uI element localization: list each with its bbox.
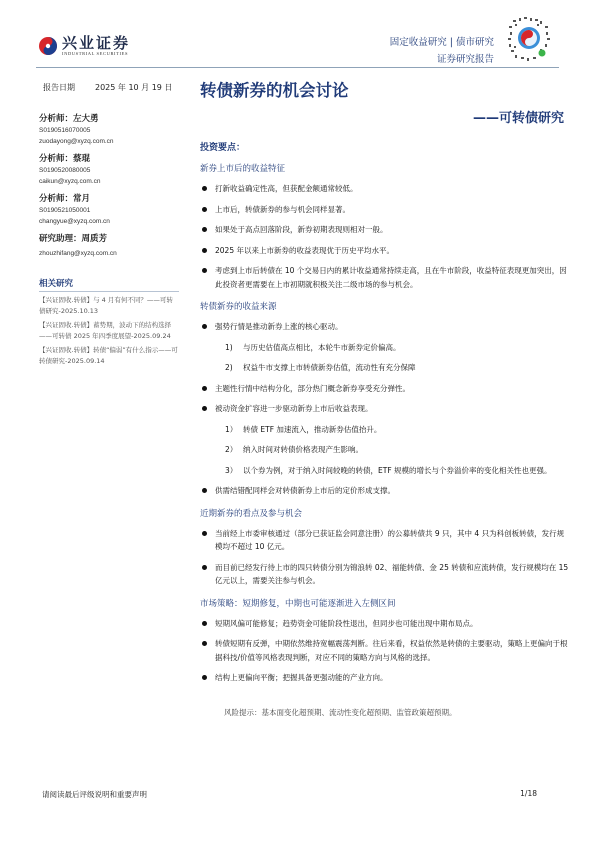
numbered-item: 1）转债 ETF 加速流入，推动新券估值抬升。 <box>225 423 570 437</box>
bullet-icon <box>202 324 207 329</box>
bullet-text: 被动资金扩容进一步驱动新券上市后收益表现。 <box>215 402 570 416</box>
bullet-item: 转债短期有反弹，中期依然维持宽幅震荡判断。往后来看，权益依然是转债的主要驱动，策… <box>200 637 570 664</box>
item-number: 2) <box>225 361 243 375</box>
footer-disclaimer: 请阅读最后评级说明和重要声明 <box>42 789 147 800</box>
bullet-text: 转债短期有反弹，中期依然维持宽幅震荡判断。往后来看，权益依然是转债的主要驱动，策… <box>215 637 570 664</box>
bullet-icon <box>202 531 207 536</box>
bullet-item: 结构上更偏向平衡；把握具备更强动能的产业方向。 <box>200 671 570 685</box>
bullet-icon <box>202 386 207 391</box>
bullet-icon <box>202 227 207 232</box>
section-heading: 市场策略：短期修复，中期也可能逐渐进入左侧区间 <box>200 598 570 610</box>
related-research-link[interactable]: 【兴证固收.转债】转债“偏弱”有什么指示——可转债研究-2025.09.14 <box>39 345 179 367</box>
sidebar: 报告日期 2025 年 10 月 19 日 分析师：左大勇 S019051607… <box>39 82 179 367</box>
report-title: 转债新券的机会讨论 <box>200 80 570 102</box>
bullet-text: 结构上更偏向平衡；把握具备更强动能的产业方向。 <box>215 671 570 685</box>
assistant-email[interactable]: zhouzhifang@xyzq.com.cn <box>39 248 179 259</box>
bullet-item: 如果处于高点回落阶段，新券初期表现则相对一般。 <box>200 223 570 237</box>
bullet-icon <box>202 641 207 646</box>
bullet-icon <box>202 248 207 253</box>
item-text: 纳入时间对转债价格表现产生影响。 <box>243 443 570 457</box>
analyst-name: 分析师：常月 <box>39 193 179 205</box>
bullet-text: 考虑到上市后转债在 10 个交易日内的累计收益通常持续走高，且在牛市阶段，收益特… <box>215 264 570 291</box>
related-research-title: 相关研究 <box>39 277 179 292</box>
report-type-text: 证券研究报告 <box>390 51 494 68</box>
bullet-item: 上市后，转债新券的参与机会同样显著。 <box>200 203 570 217</box>
bullet-text: 打新收益确定性高，但获配金额通常较低。 <box>215 182 570 196</box>
bullet-item: 短期风偏可能修复；趋势资金可能阶段性退出，但同步也可能出现中期布局点。 <box>200 617 570 631</box>
item-text: 以个券为例，对于纳入时间较晚的转债，ETF 规模的增长与个券溢价率的变化相关性也… <box>243 464 570 478</box>
key-points-heading: 投资要点： <box>200 140 570 153</box>
numbered-item: 1)与历史估值高点相比，本轮牛市新券定价偏高。 <box>225 341 570 355</box>
bullet-icon <box>202 186 207 191</box>
analyst-name: 分析师：蔡琨 <box>39 153 179 165</box>
bullet-icon <box>202 565 207 570</box>
item-number: 1) <box>225 341 243 355</box>
related-research-link[interactable]: 【兴证固收.转债】蓄势期，波动下的结构选择——可转债 2025 年四季度展望-2… <box>39 320 179 342</box>
bullet-text: 2025 年以来上市新券的收益表现优于历史平均水平。 <box>215 244 570 258</box>
item-number: 3） <box>225 464 243 478</box>
related-research-link[interactable]: 【兴证固收.转债】与 4 月有何不同？——可转债研究-2025.10.13 <box>39 295 179 317</box>
risk-warning: 风险提示：基本面变化超预期、流动性变化超预期、监管政策超预期。 <box>224 707 570 718</box>
bullet-item: 2025 年以来上市新券的收益表现优于历史平均水平。 <box>200 244 570 258</box>
analyst-block: 分析师：左大勇 S0190516070005 zuodayong@xyzq.co… <box>39 113 179 147</box>
bullet-icon <box>202 675 207 680</box>
page-header: 兴业证券 INDUSTRIAL SECURITIES 固定收益研究 | 债市研究… <box>36 0 559 68</box>
analyst-block: 分析师：蔡琨 S0190520080005 caikun@xyzq.com.cn <box>39 153 179 187</box>
analyst-name: 分析师：左大勇 <box>39 113 179 125</box>
bullet-item: 主题性行情中结构分化，部分热门概念新券享受充分弹性。 <box>200 382 570 396</box>
bullet-item: 而目前已经发行待上市的四只转债分别为锦浪转 02、福能转债、金 25 转债和应流… <box>200 561 570 588</box>
bullet-icon <box>202 621 207 626</box>
bullet-text: 当前经上市委审核通过（部分已获证监会同意注册）的公募转债共 9 只，其中 4 只… <box>215 527 570 554</box>
analyst-email[interactable]: zuodayong@xyzq.com.cn <box>39 136 179 147</box>
assistant-block: 研究助理：周质芳 zhouzhifang@xyzq.com.cn <box>39 233 179 259</box>
bullet-item: 强势行情是推动新券上涨的核心驱动。 <box>200 320 570 334</box>
analyst-id: S0190521050001 <box>39 205 179 216</box>
qr-code-icon <box>507 16 551 62</box>
numbered-item: 3）以个券为例，对于纳入时间较晚的转债，ETF 规模的增长与个券溢价率的变化相关… <box>225 464 570 478</box>
report-date-value: 2025 年 10 月 19 日 <box>95 82 172 93</box>
bullet-icon <box>202 488 207 493</box>
bullet-text: 供需结错配同样会对转债新券上市后的定价形成支撑。 <box>215 484 570 498</box>
bullet-text: 强势行情是推动新券上涨的核心驱动。 <box>215 320 570 334</box>
analyst-id: S0190520080005 <box>39 165 179 176</box>
section-heading: 新券上市后的收益特征 <box>200 163 570 175</box>
bullet-item: 考虑到上市后转债在 10 个交易日内的累计收益通常持续走高，且在牛市阶段，收益特… <box>200 264 570 291</box>
report-subtitle: ——可转债研究 <box>200 107 570 126</box>
logo-en-text: INDUSTRIAL SECURITIES <box>62 51 130 57</box>
numbered-item: 2)权益牛市支撑上市转债新券估值，流动性有充分保障 <box>225 361 570 375</box>
bullet-text: 上市后，转债新券的参与机会同样显著。 <box>215 203 570 217</box>
bullet-item: 打新收益确定性高，但获配金额通常较低。 <box>200 182 570 196</box>
bullet-icon <box>202 406 207 411</box>
bullet-text: 主题性行情中结构分化，部分热门概念新券享受充分弹性。 <box>215 382 570 396</box>
logo-cn-text: 兴业证券 <box>62 35 130 51</box>
page-number: 1/18 <box>520 789 537 798</box>
section-heading: 转债新券的收益来源 <box>200 301 570 313</box>
analyst-block: 分析师：常月 S0190521050001 changyue@xyzq.com.… <box>39 193 179 227</box>
bullet-icon <box>202 207 207 212</box>
item-number: 1） <box>225 423 243 437</box>
main-content: 转债新券的机会讨论 ——可转债研究 投资要点： 新券上市后的收益特征 打新收益确… <box>200 80 570 718</box>
item-text: 转债 ETF 加速流入，推动新券估值抬升。 <box>243 423 570 437</box>
logo-icon <box>38 36 58 56</box>
bullet-item: 供需结错配同样会对转债新券上市后的定价形成支撑。 <box>200 484 570 498</box>
analyst-email[interactable]: changyue@xyzq.com.cn <box>39 216 179 227</box>
item-number: 2） <box>225 443 243 457</box>
bullet-icon <box>202 268 207 273</box>
report-date-label: 报告日期 <box>43 82 95 93</box>
item-text: 权益牛市支撑上市转债新券估值，流动性有充分保障 <box>243 361 570 375</box>
report-category: 固定收益研究 | 债市研究 证券研究报告 <box>390 34 494 68</box>
item-text: 与历史估值高点相比，本轮牛市新券定价偏高。 <box>243 341 570 355</box>
bullet-item: 当前经上市委审核通过（部分已获证监会同意注册）的公募转债共 9 只，其中 4 只… <box>200 527 570 554</box>
numbered-item: 2）纳入时间对转债价格表现产生影响。 <box>225 443 570 457</box>
bullet-item: 被动资金扩容进一步驱动新券上市后收益表现。 <box>200 402 570 416</box>
assistant-name: 研究助理：周质芳 <box>39 233 179 245</box>
bullet-text: 而目前已经发行待上市的四只转债分别为锦浪转 02、福能转债、金 25 转债和应流… <box>215 561 570 588</box>
bullet-text: 如果处于高点回落阶段，新券初期表现则相对一般。 <box>215 223 570 237</box>
section-heading: 近期新券的看点及参与机会 <box>200 508 570 520</box>
analyst-email[interactable]: caikun@xyzq.com.cn <box>39 176 179 187</box>
company-logo: 兴业证券 INDUSTRIAL SECURITIES <box>38 35 130 57</box>
bullet-text: 短期风偏可能修复；趋势资金可能阶段性退出，但同步也可能出现中期布局点。 <box>215 617 570 631</box>
category-text: 固定收益研究 | 债市研究 <box>390 34 494 51</box>
analyst-id: S0190516070005 <box>39 125 179 136</box>
report-date: 报告日期 2025 年 10 月 19 日 <box>43 82 179 93</box>
